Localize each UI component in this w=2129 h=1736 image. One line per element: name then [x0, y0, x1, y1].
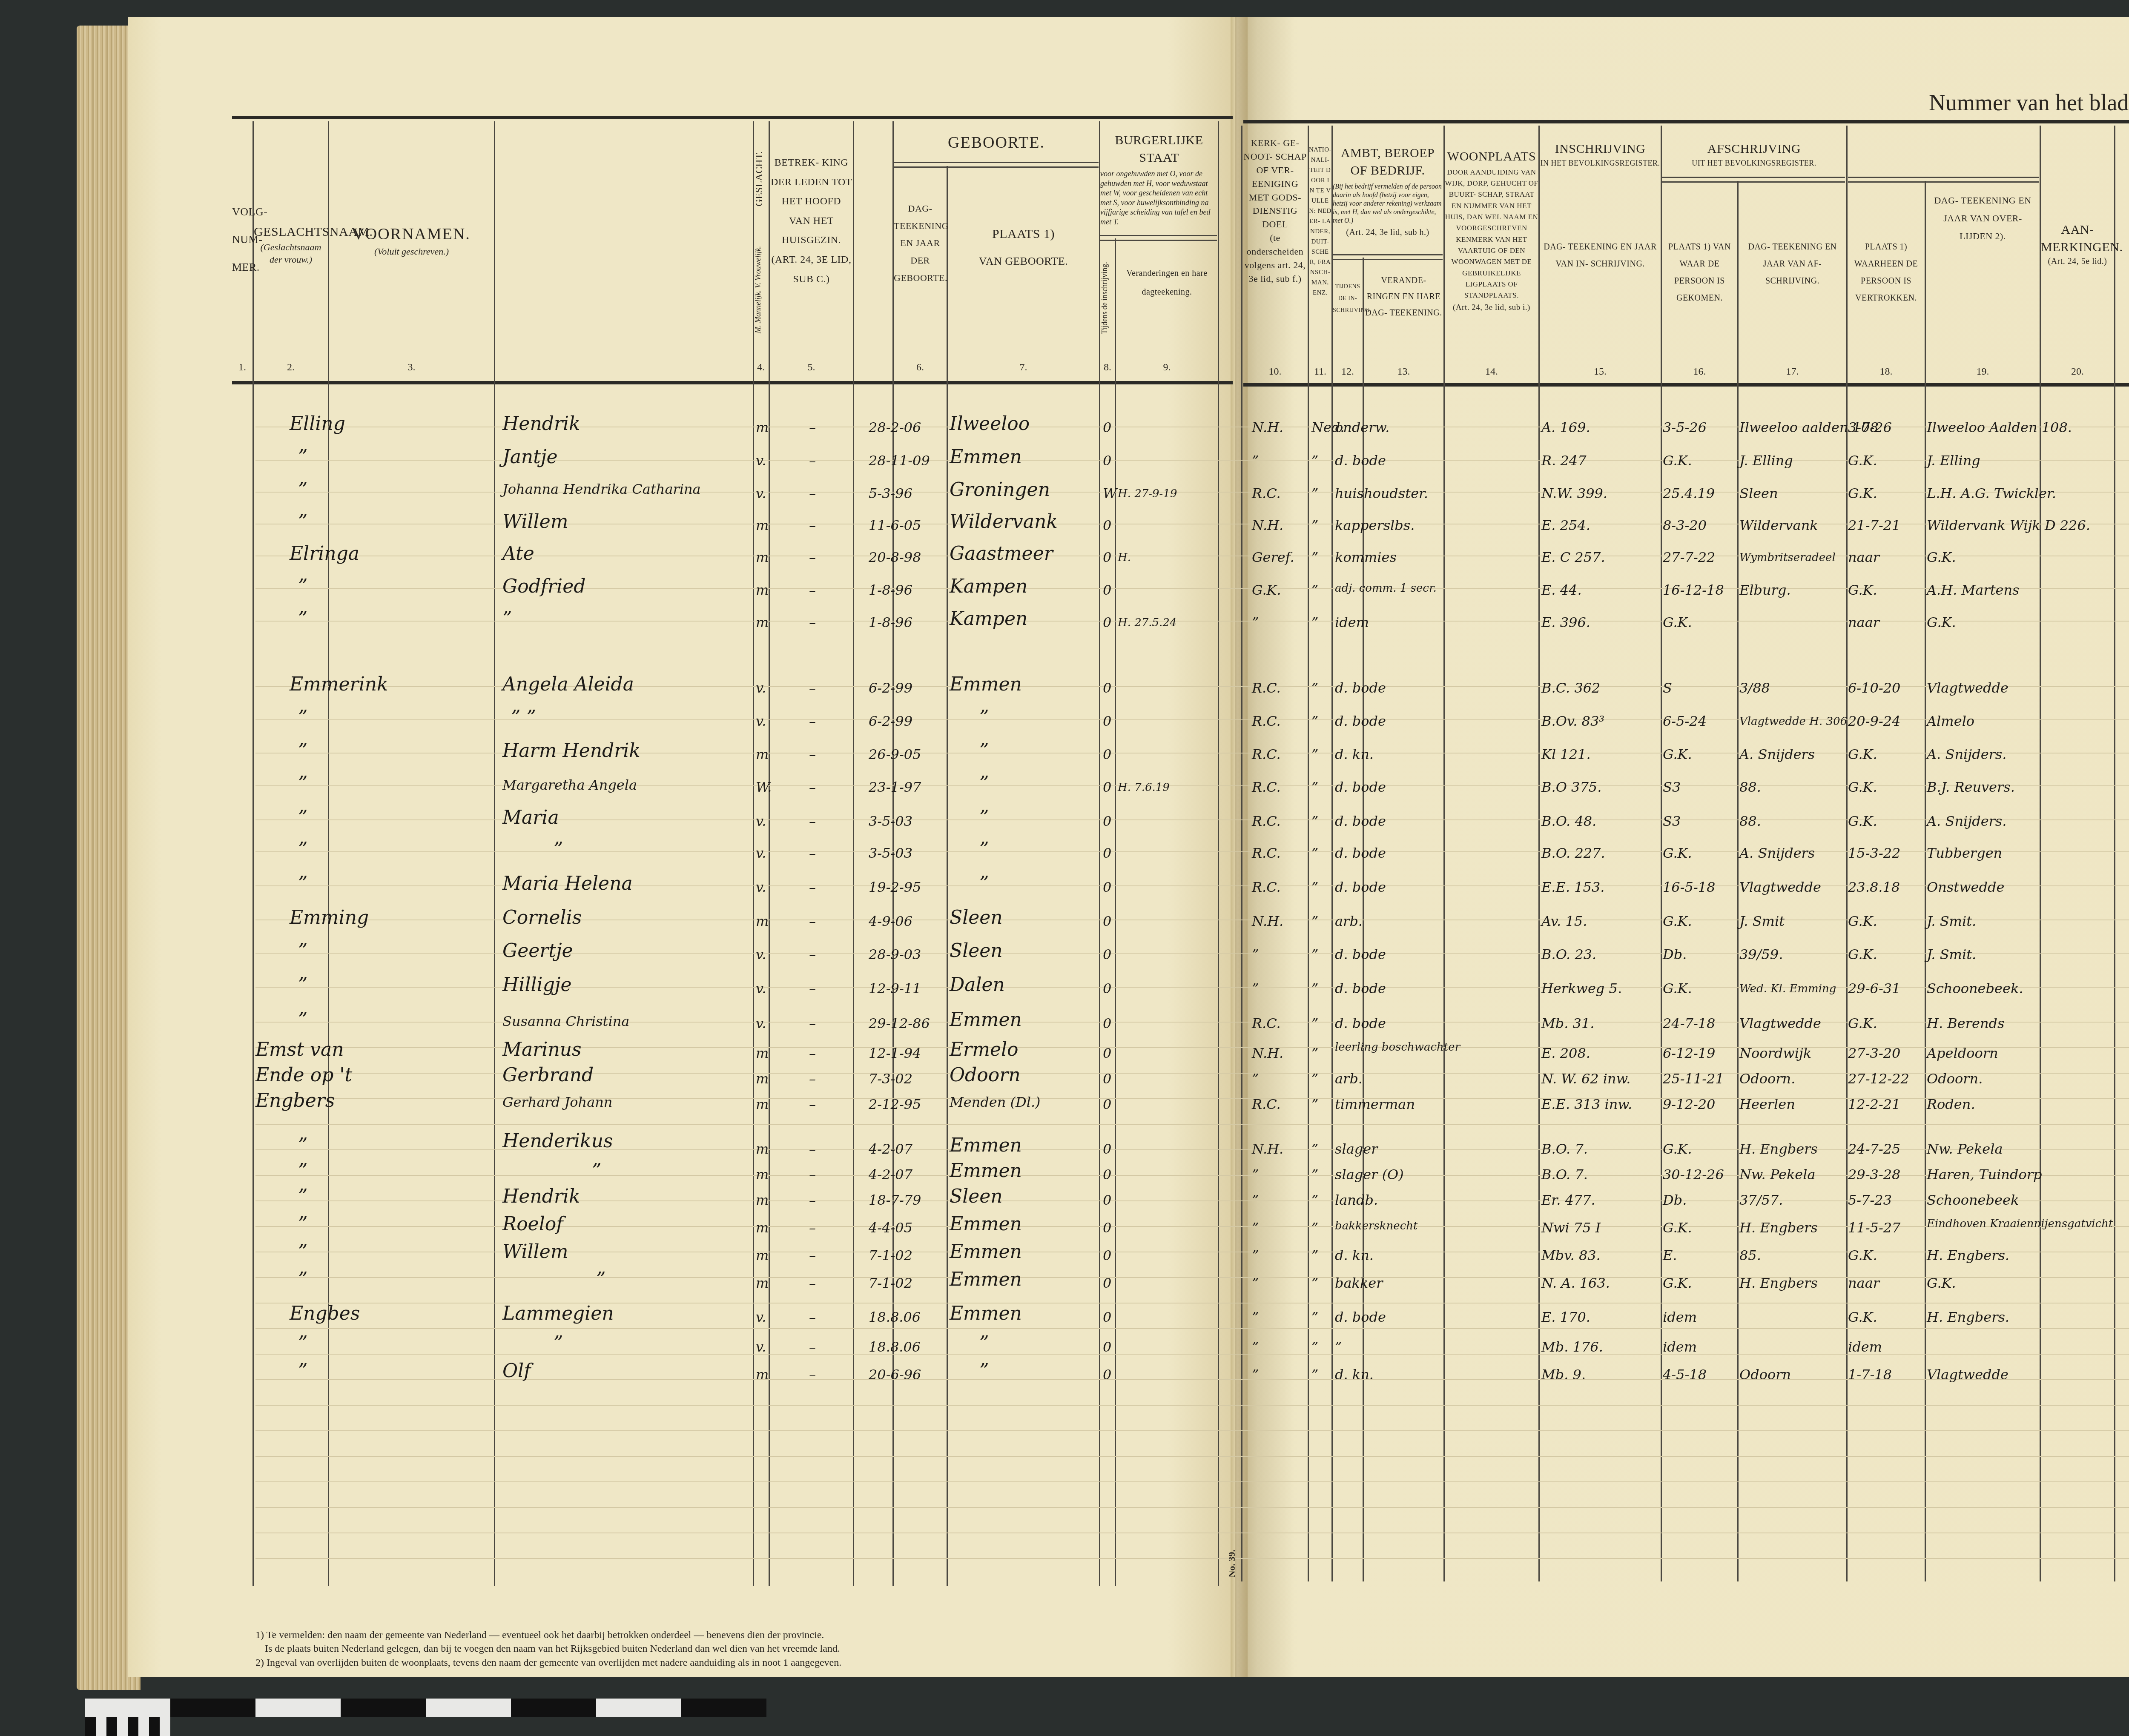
column-number-20: 20. — [2041, 366, 2114, 378]
footnote-1-continued: Is de plaats buiten Nederland gelegen, d… — [255, 1642, 841, 1656]
header-top-rule-left — [232, 116, 1233, 119]
header-kerkgenootschap: KERK- GE- NOOT- SCHAP OF VER- EENIGING M… — [1242, 136, 1308, 286]
header-nationaliteit: NATIO- NALI- TEIT DOOR IN TE VULLEN: NED… — [1309, 145, 1331, 298]
header-geboorte: GEBOORTE. — [894, 132, 1099, 154]
column-number-5: 5. — [770, 362, 853, 373]
header-geboorteplaats: PLAATS 1)VAN GEBOORTE. — [948, 226, 1099, 269]
sheet-number-label: Nummer van het blad — [1929, 89, 2129, 116]
header-geboortedatum: DAG- TEEKENING EN JAAR DER GEBOORTE. — [894, 200, 947, 286]
header-voornamen: VOORNAMEN.(Voluit geschreven.) — [329, 223, 494, 258]
column-number-17: 17. — [1739, 366, 1846, 378]
footnote-2: 2) Ingeval van overlijden buiten de woon… — [255, 1656, 841, 1670]
color-checker-strip — [85, 1699, 766, 1736]
column-number-7: 7. — [948, 362, 1099, 373]
column-number-14: 14. — [1445, 366, 1538, 378]
header-geslachtsnaam: GESLACHTSNAAM.(Geslachtsnaam der vrouw.) — [254, 223, 328, 266]
header-burgerlijke-staat: BURGERLIJKE STAAT voor ongehuwden met O,… — [1100, 132, 1218, 226]
column-number-8: 8. — [1100, 362, 1115, 373]
column-number-11: 11. — [1309, 366, 1331, 378]
column-number-12: 12. — [1333, 366, 1363, 378]
header-overlijden: DAG- TEEKENING EN JAAR VAN OVER- LIJDEN … — [1926, 192, 2040, 245]
column-number-10: 10. — [1242, 366, 1308, 378]
header-ambt-tijdens: TIJDENS DE IN- SCHRIJVING. — [1333, 281, 1363, 317]
column-number-4: 4. — [754, 362, 768, 373]
header-volgnummer: VOLG-NUM-MER. — [232, 204, 252, 275]
footnotes: 1) Te vermelden: den naam der gemeente v… — [255, 1628, 841, 1670]
header-bottom-rule-right — [1243, 383, 2129, 387]
column-number-15: 15. — [1540, 366, 1661, 378]
footnote-1: 1) Te vermelden: den naam der gemeente v… — [255, 1628, 841, 1642]
header-ambt-beroep: AMBT, BEROEP OF BEDRIJF. (Bij het bedrij… — [1333, 145, 1443, 238]
header-betrekking: BETREK- KING DER LEDEN TOT HET HOOFD VAN… — [770, 153, 853, 289]
header-staat-veranderingen: Veranderingen en hare dagteekening. — [1116, 264, 1218, 301]
header-top-rule-right — [1243, 120, 2129, 123]
header-ambt-veranderingen: VERANDE- RINGEN EN HARE DAG- TEEKENING. — [1364, 272, 1443, 321]
header-staat-tijdens: Tijdens de inschrijving. — [1100, 255, 1115, 341]
header-afschrijving: AFSCHRIJVINGUIT HET BEVOLKINGSREGISTER. — [1662, 140, 1846, 168]
column-number-1: 1. — [232, 362, 252, 373]
header-aanmerkingen: AAN- MERKINGEN.(Art. 24, 5e lid.) — [2041, 221, 2114, 267]
column-number-19: 19. — [1926, 366, 2040, 378]
header-inschrijving-datum: DAG- TEEKENING EN JAAR VAN IN- SCHRIJVIN… — [1540, 238, 1661, 272]
column-number-6: 6. — [894, 362, 947, 373]
column-number-13: 13. — [1364, 366, 1443, 378]
header-woonplaats: WOONPLAATS DOOR AANDUIDING VAN WIJK, DOR… — [1445, 147, 1538, 314]
header-geslacht-legend: M. Mannelijk. V. Vrouwelijk. — [754, 238, 768, 341]
header-inschrijving: INSCHRIJVINGIN HET BEVOLKINGSREGISTER. — [1540, 140, 1661, 168]
sheet-side-mark: No. 39. — [1226, 1550, 1237, 1577]
header-inschrijving-plaats: PLAATS 1) VAN WAAR DE PERSOON IS GEKOMEN… — [1662, 238, 1737, 307]
header-afschrijving-datum: DAG- TEEKENING EN JAAR VAN AF- SCHRIJVIN… — [1739, 238, 1846, 289]
header-afschrijving-plaats: PLAATS 1) WAARHEEN DE PERSOON IS VERTROK… — [1848, 238, 1925, 307]
header-geslacht: GESLACHT. — [754, 140, 768, 217]
header-bottom-rule-left — [232, 381, 1233, 384]
column-number-2: 2. — [254, 362, 328, 373]
column-number-16: 16. — [1662, 366, 1737, 378]
column-number-9: 9. — [1116, 362, 1218, 373]
column-number-3: 3. — [329, 362, 494, 373]
column-number-18: 18. — [1848, 366, 1925, 378]
